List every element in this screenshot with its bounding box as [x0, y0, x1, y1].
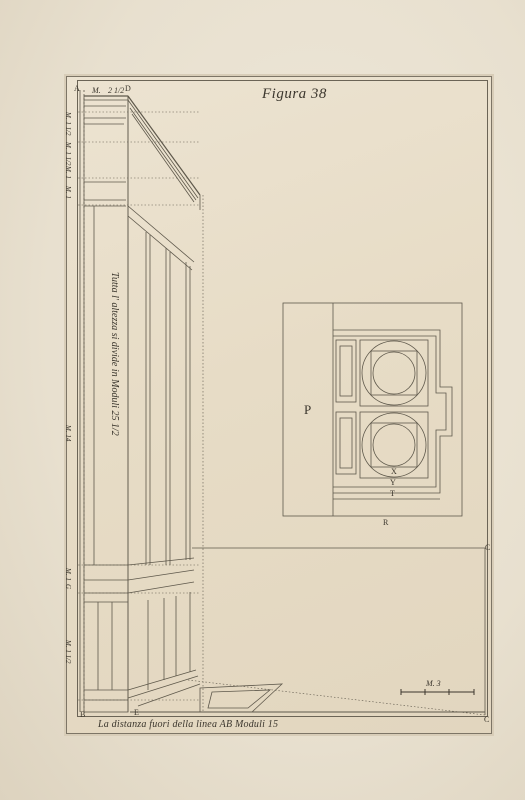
scale-label-2: M. 1 1/2	[64, 142, 72, 166]
scale-label-3: M. 1	[64, 166, 72, 179]
top-dimension-value: 2 1/2	[108, 86, 124, 95]
label-c-top: C	[485, 543, 490, 552]
scale-label-8: M. 1 1/2	[64, 640, 72, 664]
figure-title: Figura 38	[262, 86, 327, 103]
label-a: A	[74, 84, 80, 93]
vertical-height-note: Tutta l' altezza si divide in Moduli 25 …	[109, 272, 120, 436]
label-c-bottom: C	[484, 715, 489, 724]
label-d: D	[125, 84, 131, 93]
architectural-perspective-drawing	[0, 0, 525, 800]
plan-label-r: R	[383, 518, 388, 527]
label-b: B	[80, 710, 85, 719]
scale-bar-label: M. 3	[426, 679, 441, 688]
label-e: E	[134, 708, 139, 717]
scale-label-1: M. 1 1/2	[64, 112, 72, 136]
scale-label-6: M. 1	[64, 568, 72, 581]
plan-label-t: T	[390, 489, 395, 498]
plan-label-p: P	[304, 402, 311, 418]
plan-label-y: Y	[390, 478, 396, 487]
scale-bar-graphic	[401, 689, 474, 695]
plate-caption: La distanza fuori della linea AB Moduli …	[98, 719, 278, 730]
scale-label-4: M. 1	[64, 186, 72, 199]
plan-label-x: X	[391, 467, 397, 476]
scale-label-7: G	[64, 584, 72, 589]
scale-label-5: M. 14	[64, 425, 72, 441]
top-dimension-m: M.	[92, 86, 101, 95]
